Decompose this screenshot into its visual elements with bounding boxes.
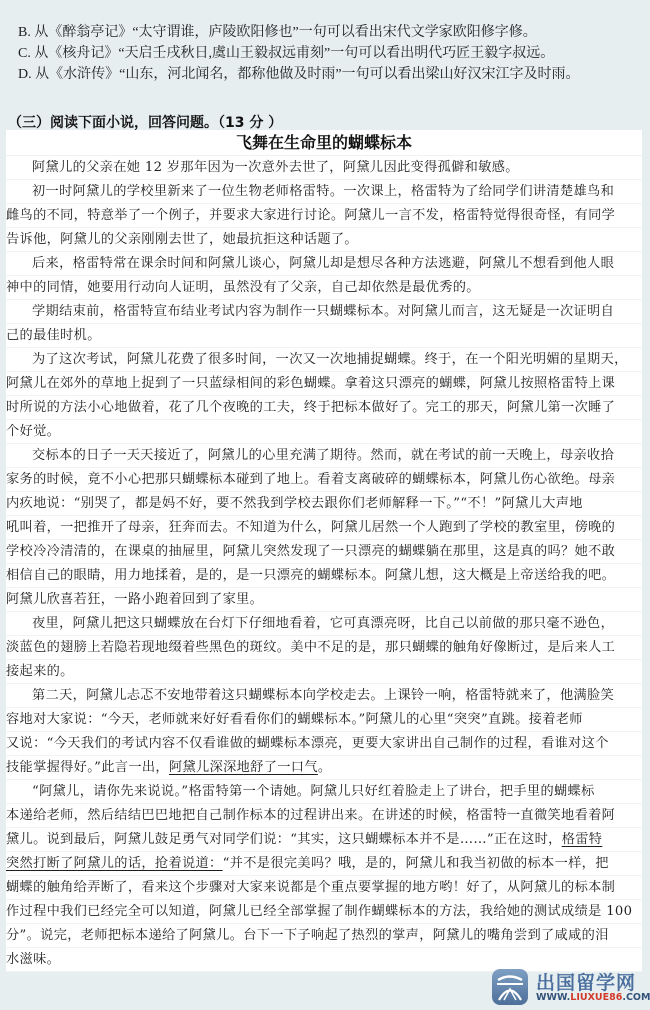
watermark-logo: 出国留学网 WWW.LIUXUE86.COM (490, 968, 650, 1008)
passage-line: 淡蓝色的翅膀上若隐若现地缀着些黑色的斑纹。美中不足的是，那只蝴蝶的触角好像断过，… (6, 636, 642, 660)
passage-line: 为了这次考试，阿黛儿花费了很多时间，一次又一次地捕捉蝴蝶。终于，在一个阳光明媚的… (6, 348, 642, 372)
underlined-phrase: 阿黛儿深深地舒了一口气 (169, 760, 318, 775)
passage-line: 第二天，阿黛儿忐忑不安地带着这只蝴蝶标本向学校走去。上课铃一响，格雷特就来了，他… (6, 684, 642, 708)
passage-line: 容地对大家说：“今天，老师就来好好看看你们的蝴蝶标本。”阿黛儿的心里“突突”直跳… (6, 708, 642, 732)
passage-line: 又说：“今天我们的考试内容不仅看谁做的蝴蝶标本漂亮，更要大家讲出自己制作的过程，… (6, 732, 642, 756)
option-letter: C. (18, 46, 31, 61)
passage-line: 蝴蝶的触角给弄断了，看来这个步骤对大家来说都是个重点要掌握的地方哟！好了，从阿黛… (6, 876, 642, 900)
answer-options: B. 从《醉翁亭记》“太守谓谁，庐陵欧阳修也”一句可以看出宋代文学家欧阳修字修。… (18, 22, 638, 85)
passage-line: 神中的同情，她要用行动向人证明，虽然没有了父亲，自己却依然是最优秀的。 (6, 276, 642, 300)
passage-line: 告诉他，阿黛儿的父亲刚刚去世了，她最抗拒这种话题了。 (6, 228, 642, 252)
passage-line: 分”。说完，老师把标本递给了阿黛儿。台下一下子响起了热烈的掌声，阿黛儿的嘴角尝到… (6, 924, 642, 948)
passage-body: 阿黛儿的父亲在她 12 岁那年因为一次意外去世了，阿黛儿因此变得孤僻和敏感。初一… (6, 156, 642, 972)
passage-line: 阿黛儿的父亲在她 12 岁那年因为一次意外去世了，阿黛儿因此变得孤僻和敏感。 (6, 156, 642, 180)
passage-line: 时所说的方法小心地做着，花了几个夜晚的工夫，终于把标本做好了。完工的那天，阿黛儿… (6, 396, 642, 420)
passage-line: 学期结束前，格雷特宣布结业考试内容为制作一只蝴蝶标本。对阿黛儿而言，这无疑是一次… (6, 300, 642, 324)
passage-line: 初一时阿黛儿的学校里新来了一位生物老师格雷特。一次课上，格雷特为了给同学们讲清楚… (6, 180, 642, 204)
passage-line: 后来，格雷特常在课余时间和阿黛儿谈心，阿黛儿却是想尽各种方法逃避，阿黛儿不想看到… (6, 252, 642, 276)
underlined-phrase: 格雷特 (562, 832, 603, 847)
watermark-name: 出国留学网 (536, 968, 636, 995)
section-heading: （三）阅读下面小说，回答问题。（13 分 ） (8, 112, 282, 132)
passage-line: 吼叫着，一把推开了母亲，狂奔而去。不知道为什么，阿黛儿居然一个人跑到了学校的教室… (6, 516, 642, 540)
passage-line: 个好觉。 (6, 420, 642, 444)
passage-line: 内疚地说：“别哭了，都是妈不好，要不然我到学校去跟你们老师解释一下。”“不！”阿… (6, 492, 642, 516)
arch-bridge-logo-icon (492, 969, 528, 1005)
option-d: D. 从《水浒传》“山东，河北闻名，都称他做及时雨”一句可以看出梁山好汉宋江字及… (18, 64, 638, 85)
option-c: C. 从《核舟记》“天启壬戌秋日,虞山王毅叔远甫刻”一句可以看出明代巧匠王毅字叔… (18, 43, 638, 64)
option-letter: B. (18, 25, 31, 40)
reading-passage: 飞舞在生命里的蝴蝶标本 阿黛儿的父亲在她 12 岁那年因为一次意外去世了，阿黛儿… (6, 130, 642, 972)
option-b: B. 从《醉翁亭记》“太守谓谁，庐陵欧阳修也”一句可以看出宋代文学家欧阳修字修。 (18, 22, 638, 43)
passage-line: 黛儿。说到最后，阿黛儿鼓足勇气对同学们说：“其实，这只蝴蝶标本并不是……”正在这… (6, 828, 642, 852)
passage-line: 阿黛儿在郊外的草地上捉到了一只蓝绿相间的彩色蝴蝶。拿着这只漂亮的蝴蝶，阿黛儿按照… (6, 372, 642, 396)
passage-line: 突然打断了阿黛儿的话，抢着说道：“并不是很完美吗？哦，是的，阿黛儿和我当初做的标… (6, 852, 642, 876)
passage-line: 交标本的日子一天天接近了，阿黛儿的心里充满了期待。然而，就在考试的前一天晚上，母… (6, 444, 642, 468)
option-text: 从《核舟记》“天启壬戌秋日,虞山王毅叔远甫刻”一句可以看出明代巧匠王毅字叔远。 (34, 46, 554, 61)
passage-line: 家务的时候，竟不小心把那只蝴蝶标本碰到了地上。看着支离破碎的蝴蝶标本，阿黛儿伤心… (6, 468, 642, 492)
watermark-url: WWW.LIUXUE86.COM (536, 992, 650, 1003)
passage-line: 阿黛儿欣喜若狂，一路小跑着回到了家里。 (6, 588, 642, 612)
passage-line: 接起来的。 (6, 660, 642, 684)
passage-line: 本递给老师，然后结结巴巴地把自己制作标本的过程讲出来。在讲述的时候，格雷特一直微… (6, 804, 642, 828)
option-text: 从《水浒传》“山东，河北闻名，都称他做及时雨”一句可以看出梁山好汉宋江字及时雨。 (35, 67, 579, 82)
passage-line: 雌鸟的不同，特意举了一个例子，并要求大家进行讨论。阿黛儿一言不发，格雷特觉得很奇… (6, 204, 642, 228)
passage-line: 夜里，阿黛儿把这只蝴蝶放在台灯下仔细地看着，它可真漂亮呀，比自己以前做的那只毫不… (6, 612, 642, 636)
option-letter: D. (18, 67, 32, 82)
passage-line: 相信自己的眼睛，用力地揉着，是的，是一只漂亮的蝴蝶标本。阿黛儿想，这大概是上帝送… (6, 564, 642, 588)
passage-title: 飞舞在生命里的蝴蝶标本 (6, 130, 642, 156)
passage-line: 作过程中我们已经完全可以知道，阿黛儿已经全部掌握了制作蝴蝶标本的方法，我给她的测… (6, 900, 642, 924)
option-text: 从《醉翁亭记》“太守谓谁，庐陵欧阳修也”一句可以看出宋代文学家欧阳修字修。 (34, 25, 536, 40)
passage-line: 技能掌握得好。”此言一出，阿黛儿深深地舒了一口气。 (6, 756, 642, 780)
passage-line: 己的最佳时机。 (6, 324, 642, 348)
underlined-phrase: 突然打断了阿黛儿的话，抢着说道： (6, 856, 223, 871)
passage-line: “阿黛儿，请你先来说说。”格雷特第一个请她。阿黛儿只好红着脸走上了讲台，把手里的… (6, 780, 642, 804)
passage-line: 学校冷冷清清的，在课桌的抽屉里，阿黛儿突然发现了一只漂亮的蝴蝶躺在那里，这是真的… (6, 540, 642, 564)
